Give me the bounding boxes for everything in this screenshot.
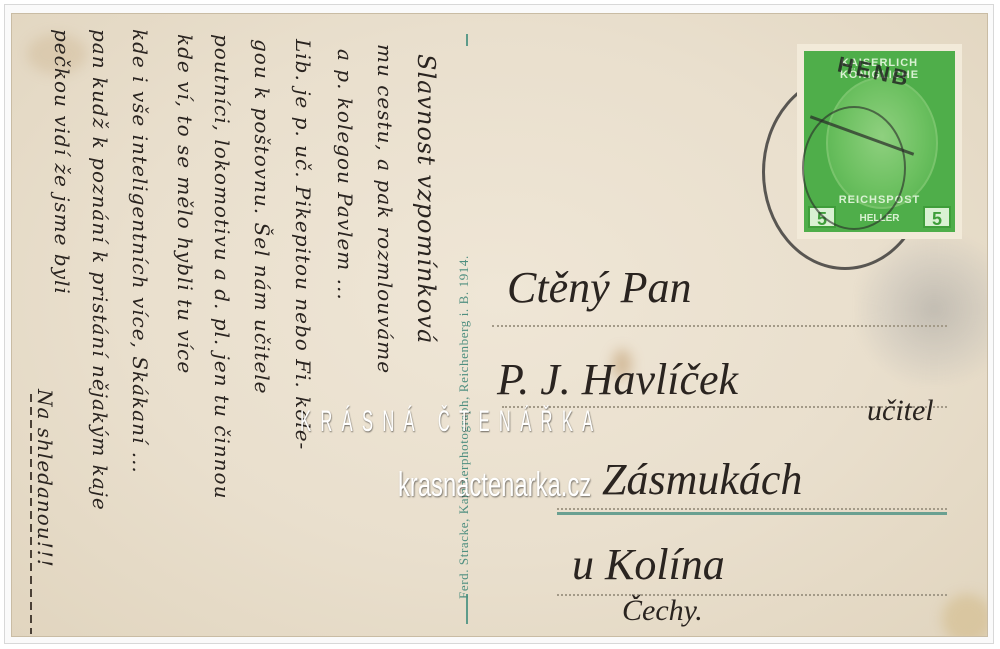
postmark-inner-ring [802,106,906,230]
address-line-4 [557,594,947,596]
message-line: a p. kolegou Pavlem ... [333,49,357,301]
watermark-title: KRÁSNÁ ČTENÁŘKA [300,405,603,439]
address-town: Zásmukách [602,454,802,505]
message-line: mu cestu, a pak rozmlouváme [373,44,397,374]
address-district: u Kolína [572,539,725,590]
message-line: poutníci, lokomotivu a d. pl. jen tu čin… [210,34,234,499]
address-name: P. J. Havlíček [497,354,738,405]
postcard: Ferd. Stracke, Kammerphotograph, Reichen… [11,13,988,637]
message-line: pan kudž k poznání k pristání nějakým ka… [88,29,112,511]
message-line: Lib. je p. uč. Pikepitou nebo Fi. kole- [291,39,315,450]
address-line-3-underline [557,512,947,515]
message-line: kde ví, to se mělo hybli tu více [173,34,197,374]
message-line: kde i vše inteligentních více, Skákaní .… [128,29,152,474]
address-salutation: Ctěný Pan [507,262,692,313]
center-divider-top [466,34,468,46]
watermark-url: krasnactenarka.cz [398,466,591,505]
address-line-3 [557,508,947,510]
address-title: učitel [867,394,934,428]
age-stain [942,594,988,637]
stamp-value-right: 5 [923,206,951,228]
message-line: Slavnost vzpomínková [412,54,440,344]
closing-underline [30,394,32,634]
address-line-1 [492,325,947,327]
message-line: gou k poštovnu. Šel nám učitele [250,39,274,395]
message-closing: Na shledanou!!! [33,389,57,568]
address-country: Čechy. [622,594,703,628]
message-line: pečkou vidí že jsme byli [50,29,74,295]
